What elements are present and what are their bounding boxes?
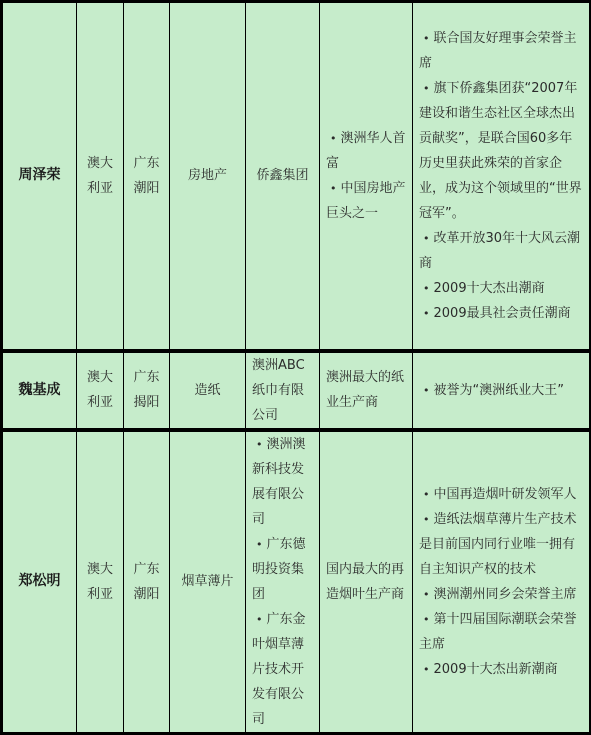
honors-cell: 中国再造烟叶研发领军人 造纸法烟草薄片生产技术是目前国内同行业唯一拥有自主知识产… — [413, 430, 591, 734]
honor-item: 旗下侨鑫集团获“2007年建设和谐生态社区全球杰出贡献奖”，是联合国60多年历史… — [419, 76, 583, 226]
company-item: 广东德明投资集团 — [252, 532, 313, 607]
position-item: 中国房地产巨头之一 — [326, 176, 406, 226]
industry-cell: 房地产 — [170, 2, 246, 351]
honor-item: 被誉为“澳洲纸业大王” — [419, 378, 583, 403]
position-item: 澳洲华人首富 — [326, 126, 406, 176]
person-name: 郑松明 — [2, 430, 77, 734]
industry-cell: 烟草薄片 — [170, 430, 246, 734]
position-cell: 澳洲华人首富 中国房地产巨头之一 — [320, 2, 413, 351]
table-row: 魏基成 澳大利亚 广东揭阳 造纸 澳洲ABC纸巾有限公司 澳洲最大的纸业生产商 … — [2, 351, 591, 430]
company-item: 广东金叶烟草薄片技术开发有限公司 — [252, 607, 313, 732]
company-cell: 澳洲澳新科技发展有限公司 广东德明投资集团 广东金叶烟草薄片技术开发有限公司 — [246, 430, 320, 734]
company-cell: 侨鑫集团 — [246, 2, 320, 351]
honor-item: 澳洲潮州同乡会荣誉主席 — [419, 582, 583, 607]
company-item: 澳洲澳新科技发展有限公司 — [252, 432, 313, 532]
honor-item: 2009最具社会责任潮商 — [419, 301, 583, 326]
honor-item: 2009十大杰出新潮商 — [419, 657, 583, 682]
honor-item: 第十四届国际潮联会荣誉主席 — [419, 607, 583, 657]
honor-item: 联合国友好理事会荣誉主席 — [419, 26, 583, 76]
country-cell: 澳大利亚 — [77, 351, 124, 430]
origin-cell: 广东潮阳 — [124, 2, 170, 351]
honor-item: 中国再造烟叶研发领军人 — [419, 482, 583, 507]
table-row: 郑松明 澳大利亚 广东潮阳 烟草薄片 澳洲澳新科技发展有限公司 广东德明投资集团… — [2, 430, 591, 734]
table-row: 周泽荣 澳大利亚 广东潮阳 房地产 侨鑫集团 澳洲华人首富 中国房地产巨头之一 … — [2, 2, 591, 351]
position-cell: 国内最大的再造烟叶生产商 — [320, 430, 413, 734]
country-cell: 澳大利亚 — [77, 2, 124, 351]
honors-cell: 被誉为“澳洲纸业大王” — [413, 351, 591, 430]
person-name: 魏基成 — [2, 351, 77, 430]
origin-cell: 广东揭阳 — [124, 351, 170, 430]
person-name: 周泽荣 — [2, 2, 77, 351]
company-cell: 澳洲ABC纸巾有限公司 — [246, 351, 320, 430]
honor-item: 改革开放30年十大风云潮商 — [419, 226, 583, 276]
honors-cell: 联合国友好理事会荣誉主席 旗下侨鑫集团获“2007年建设和谐生态社区全球杰出贡献… — [413, 2, 591, 351]
entrepreneur-table: 周泽荣 澳大利亚 广东潮阳 房地产 侨鑫集团 澳洲华人首富 中国房地产巨头之一 … — [0, 0, 591, 735]
origin-cell: 广东潮阳 — [124, 430, 170, 734]
industry-cell: 造纸 — [170, 351, 246, 430]
country-cell: 澳大利亚 — [77, 430, 124, 734]
honor-item: 造纸法烟草薄片生产技术是目前国内同行业唯一拥有自主知识产权的技术 — [419, 507, 583, 582]
position-cell: 澳洲最大的纸业生产商 — [320, 351, 413, 430]
honor-item: 2009十大杰出潮商 — [419, 276, 583, 301]
